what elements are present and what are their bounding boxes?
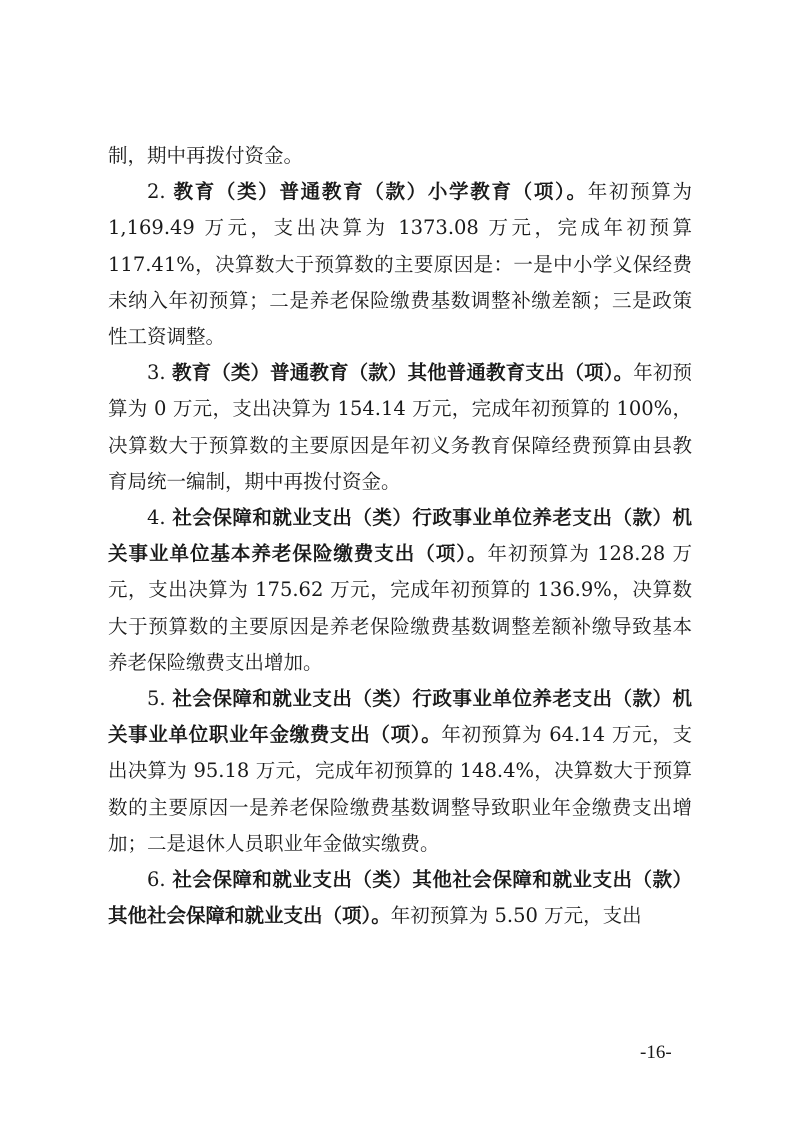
paragraph-item-3: 3. 教育（类）普通教育（款）其他普通教育支出（项）。年初预算为 0 万元，支出…: [108, 355, 692, 500]
paragraph-body: 制，期中再拨付资金。: [108, 144, 303, 167]
page-number: -16-: [640, 1042, 672, 1064]
paragraph-item-5: 5. 社会保障和就业支出（类）行政事业单位养老支出（款）机关事业单位职业年金缴费…: [108, 681, 692, 862]
item-number: 3.: [147, 361, 172, 384]
item-number: 4.: [147, 506, 172, 529]
item-heading: 教育（类）普通教育（款）其他普通教育支出（项）。: [172, 361, 633, 384]
item-number: 5.: [147, 687, 172, 710]
paragraph-body: 年初预算为 5.50 万元，支出: [391, 904, 642, 927]
paragraph-item-4: 4. 社会保障和就业支出（类）行政事业单位养老支出（款）机关事业单位基本养老保险…: [108, 500, 692, 681]
document-page: 制，期中再拨付资金。 2. 教育（类）普通教育（款）小学教育（项）。年初预算为 …: [108, 138, 692, 934]
paragraph-item-2: 2. 教育（类）普通教育（款）小学教育（项）。年初预算为 1,169.49 万元…: [108, 174, 692, 355]
item-heading: 教育（类）普通教育（款）小学教育（项）。: [174, 180, 588, 203]
paragraph-body: 年初预算为 1,169.49 万元，支出决算为 1373.08 万元，完成年初预…: [108, 180, 692, 348]
item-number: 2.: [147, 180, 174, 203]
paragraph-continuation: 制，期中再拨付资金。: [108, 138, 692, 174]
paragraph-item-6: 6. 社会保障和就业支出（类）其他社会保障和就业支出（款）其他社会保障和就业支出…: [108, 862, 692, 934]
item-number: 6.: [147, 868, 172, 891]
